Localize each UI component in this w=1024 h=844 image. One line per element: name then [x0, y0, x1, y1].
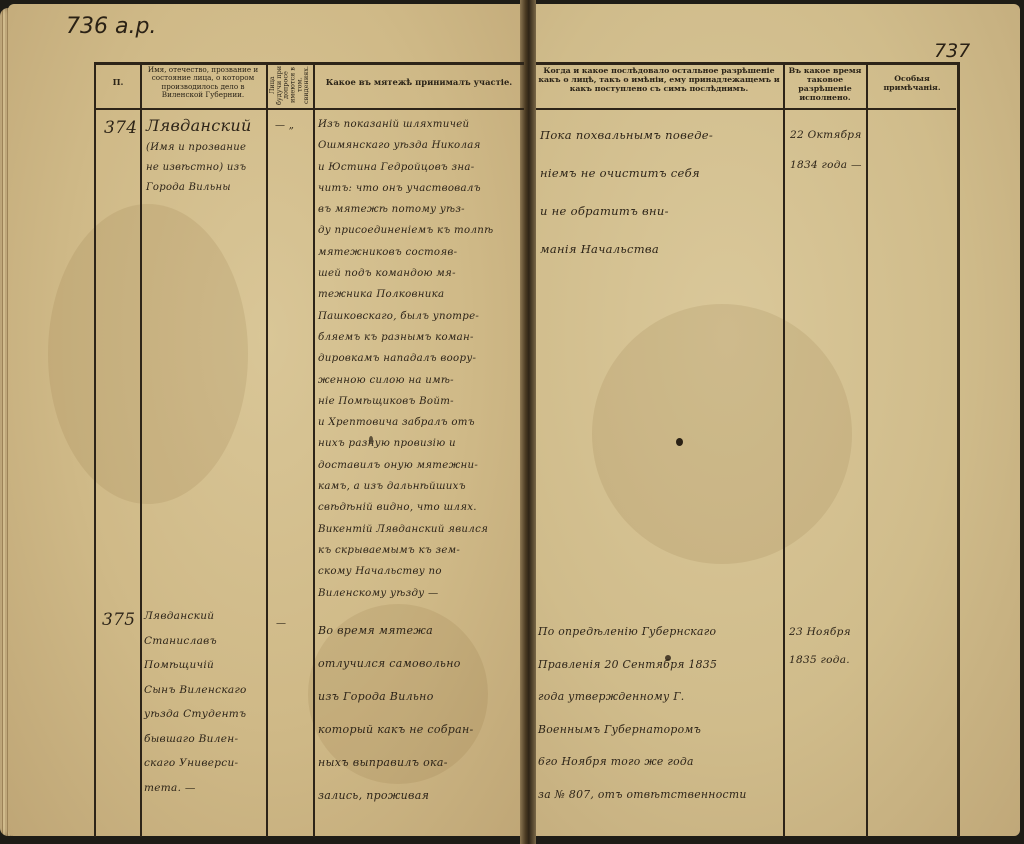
entry-number: 374 — [104, 118, 137, 138]
entry-participation: Во время мятежа отлучился самовольно изъ… — [318, 614, 518, 812]
entry-resolution: По опредѣленію Губернскаго Правленія 20 … — [538, 616, 782, 811]
column-header-resolution: Когда и какое послѣдовало остальное разр… — [537, 67, 781, 94]
column-header-executed: Въ какое время таковое разрѣшеніе исполн… — [785, 67, 865, 103]
entry-participation: Изъ показаній шляхтичей Ошмянскаго уѣзда… — [318, 114, 518, 604]
entry-person: Лявданский (Имя и прозвание не извѣстно)… — [146, 114, 264, 198]
column-header-number: П. — [98, 78, 138, 88]
column-divider — [313, 62, 315, 837]
ink-blot — [665, 655, 671, 661]
column-divider — [783, 62, 785, 837]
paper-stain — [48, 204, 248, 504]
open-ledger-book: 736 а.р. 737 П. Имя, отечество, прозвани… — [0, 0, 1024, 844]
table-top-rule — [536, 62, 960, 65]
column-header-notes: Особыя примѣчанія. — [868, 75, 956, 93]
entry-person: Лявданский Станиславъ Помѣщичій Сынъ Вил… — [144, 604, 264, 800]
column-header-participation: Какое въ мятежѣ принималъ участіе. — [316, 78, 522, 88]
column-divider — [866, 62, 868, 837]
column-divider — [266, 62, 268, 837]
paper-stain — [592, 304, 852, 564]
table-left-border — [94, 62, 96, 837]
ink-blot — [369, 436, 373, 443]
entry-presence: — — [276, 618, 286, 629]
column-divider — [140, 62, 142, 837]
header-bottom-rule — [536, 108, 956, 110]
right-page-number: 737 — [934, 40, 970, 62]
ink-blot — [676, 438, 683, 446]
entry-presence: — „ — [275, 120, 294, 131]
entry-number: 375 — [102, 610, 135, 630]
column-header-presence: Лица будучи при допросе имеются в том. с… — [269, 64, 311, 106]
column-header-person: Имя, отечество, прозвание и состояние ли… — [142, 66, 264, 99]
entry-executed-date: 23 Ноября 1835 года. — [789, 618, 865, 674]
archive-page-annotation: 736 а.р. — [66, 14, 156, 39]
header-bottom-rule — [96, 108, 524, 110]
entry-resolution: Пока похвальнымъ поведе- ніемъ не очисти… — [540, 116, 780, 268]
table-right-border — [957, 62, 960, 837]
book-gutter — [520, 0, 536, 844]
entry-executed-date: 22 Октября 1834 года — — [790, 120, 866, 180]
